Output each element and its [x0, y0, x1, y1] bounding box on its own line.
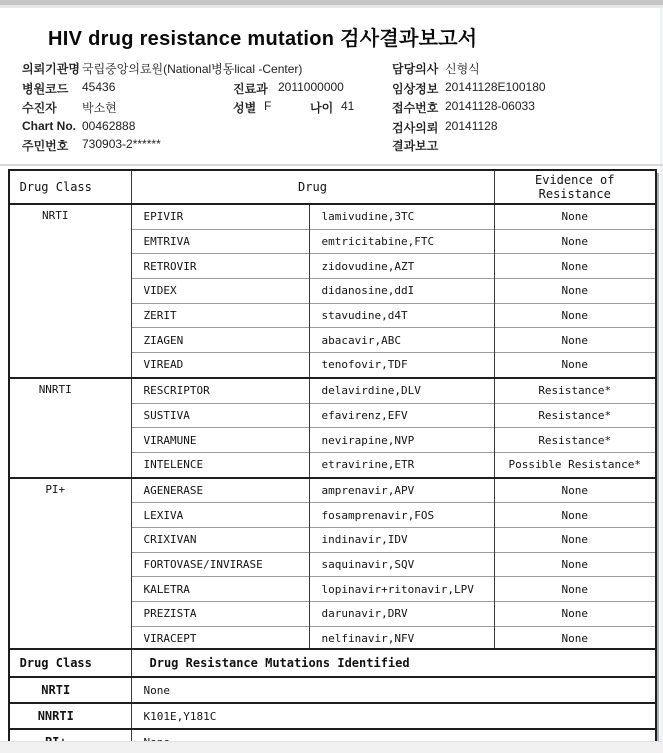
col-header-evidence: Evidence of Resistance [494, 170, 656, 204]
generic-name-cell: fosamprenavir,FOS [309, 503, 494, 528]
table-header-row: Drug Class Drug Evidence of Resistance [9, 170, 656, 204]
info-label: 임상정보 [392, 80, 438, 97]
info-label: 수진자 [22, 99, 57, 116]
generic-name-cell: stavudine,d4T [309, 303, 494, 328]
evidence-cell: Resistance* [494, 403, 656, 428]
evidence-cell: None [494, 527, 656, 552]
col-header-drug-class: Drug Class [9, 649, 131, 677]
evidence-cell: Resistance* [494, 428, 656, 453]
generic-name-cell: nevirapine,NVP [309, 428, 494, 453]
generic-name-cell: indinavir,IDV [309, 527, 494, 552]
evidence-cell: None [494, 478, 656, 503]
drug-class-cell: NRTI [9, 677, 131, 703]
info-value: 730903-2****** [82, 137, 161, 151]
brand-name-cell: AGENERASE [131, 478, 309, 503]
drug-resistance-table: Drug Class Drug Evidence of Resistance N… [8, 169, 657, 702]
evidence-cell: None [494, 254, 656, 279]
col-header-drug: Drug [131, 170, 494, 204]
generic-name-cell: didanosine,ddI [309, 279, 494, 304]
info-value: 국립중앙의료원(National병동lical -Center) [82, 60, 302, 77]
brand-name-cell: VIRAMUNE [131, 428, 309, 453]
brand-name-cell: ZIAGEN [131, 328, 309, 353]
mutations-cell: K101E,Y181C [131, 703, 656, 729]
mutation-row: NRTINone [9, 677, 656, 703]
info-row: 담당의사 신형식 [392, 60, 652, 78]
generic-name-cell: abacavir,ABC [309, 328, 494, 353]
drug-row: NNRTIRESCRIPTORdelavirdine,DLVResistance… [9, 378, 656, 403]
info-row: 주민번호 730903-2****** [22, 137, 222, 155]
info-row: 검사의뢰 20141128 [392, 119, 652, 137]
evidence-cell: None [494, 279, 656, 304]
page-bottom-edge [0, 741, 663, 753]
brand-name-cell: ZERIT [131, 303, 309, 328]
evidence-cell: None [494, 503, 656, 528]
drug-class-cell: NNRTI [9, 703, 131, 729]
evidence-cell: None [494, 577, 656, 602]
brand-name-cell: KALETRA [131, 577, 309, 602]
brand-name-cell: INTELENCE [131, 452, 309, 477]
mutations-cell: None [131, 677, 656, 703]
info-label: 검사의뢰 [392, 119, 438, 136]
info-label: Chart No. [22, 119, 76, 133]
generic-name-cell: delavirdine,DLV [309, 378, 494, 403]
brand-name-cell: EMTRIVA [131, 229, 309, 254]
info-label: 접수번호 [392, 99, 438, 116]
brand-name-cell: SUSTIVA [131, 403, 309, 428]
generic-name-cell: emtricitabine,FTC [309, 229, 494, 254]
info-label: 진료과 [233, 80, 268, 97]
evidence-cell: Possible Resistance* [494, 452, 656, 477]
generic-name-cell: darunavir,DRV [309, 602, 494, 627]
patient-info: 의뢰기관명 국립중앙의료원(National병동lical -Center) 병… [0, 0, 663, 165]
info-value: 2011000000 [278, 80, 344, 94]
drug-row: NRTIEPIVIRlamivudine,3TCNone [9, 204, 656, 229]
generic-name-cell: saquinavir,SQV [309, 552, 494, 577]
generic-name-cell: zidovudine,AZT [309, 254, 494, 279]
drug-resistance-table-body: NRTIEPIVIRlamivudine,3TCNoneEMTRIVAemtri… [9, 204, 656, 701]
info-value: 20141128E100180 [445, 80, 546, 94]
brand-name-cell: VIDEX [131, 279, 309, 304]
info-value: 신형식 [445, 60, 480, 77]
brand-name-cell: EPIVIR [131, 204, 309, 229]
generic-name-cell: lopinavir+ritonavir,LPV [309, 577, 494, 602]
brand-name-cell: RETROVIR [131, 254, 309, 279]
mutation-row: NNRTIK101E,Y181C [9, 703, 656, 729]
brand-name-cell: PREZISTA [131, 602, 309, 627]
evidence-cell: None [494, 602, 656, 627]
drug-class-cell: NNRTI [9, 378, 131, 478]
col-header-mutations: Drug Resistance Mutations Identified [131, 649, 656, 677]
brand-name-cell: CRIXIVAN [131, 527, 309, 552]
info-row: 성별 F 나이 41 [233, 99, 393, 117]
info-label: 나이 [310, 99, 333, 116]
evidence-cell: Resistance* [494, 378, 656, 403]
evidence-cell: None [494, 303, 656, 328]
brand-name-cell: FORTOVASE/INVIRASE [131, 552, 309, 577]
generic-name-cell: tenofovir,TDF [309, 353, 494, 378]
info-label: 성별 [233, 99, 256, 116]
info-label: 주민번호 [22, 137, 68, 154]
info-value: F [264, 99, 271, 113]
evidence-cell: None [494, 204, 656, 229]
evidence-cell: None [494, 229, 656, 254]
info-row: 수진자 박소현 [22, 99, 222, 117]
info-value: 20141128-06033 [445, 99, 535, 113]
info-label: 결과보고 [392, 137, 438, 154]
mutations-table: Drug Class Drug Resistance Mutations Ide… [8, 648, 657, 753]
info-row: 의뢰기관명 국립중앙의료원(National병동lical -Center) [22, 60, 382, 78]
info-label: 담당의사 [392, 60, 438, 77]
info-value: 박소현 [82, 99, 117, 116]
evidence-cell: None [494, 328, 656, 353]
evidence-cell: None [494, 353, 656, 378]
info-row: 진료과 2011000000 [233, 80, 393, 98]
generic-name-cell: lamivudine,3TC [309, 204, 494, 229]
drug-class-cell: NRTI [9, 204, 131, 378]
brand-name-cell: RESCRIPTOR [131, 378, 309, 403]
col-header-drug-class: Drug Class [9, 170, 131, 204]
section-divider [0, 164, 663, 166]
info-label: 병원코드 [22, 80, 68, 97]
info-value: 00462888 [82, 119, 135, 133]
evidence-cell: None [494, 552, 656, 577]
info-label: 의뢰기관명 [22, 60, 80, 77]
info-row: 병원코드 45436 [22, 80, 222, 98]
drug-row: PI+AGENERASEamprenavir,APVNone [9, 478, 656, 503]
info-row: Chart No. 00462888 [22, 119, 222, 137]
brand-name-cell: LEXIVA [131, 503, 309, 528]
info-row: 임상정보 20141128E100180 [392, 80, 652, 98]
generic-name-cell: amprenavir,APV [309, 478, 494, 503]
info-value: 45436 [82, 80, 115, 94]
generic-name-cell: efavirenz,EFV [309, 403, 494, 428]
generic-name-cell: etravirine,ETR [309, 452, 494, 477]
info-row: 접수번호 20141128-06033 [392, 99, 652, 117]
info-value: 41 [341, 99, 354, 113]
table-header-row: Drug Class Drug Resistance Mutations Ide… [9, 649, 656, 677]
info-value: 20141128 [445, 119, 498, 133]
info-row: 결과보고 [392, 137, 652, 155]
brand-name-cell: VIREAD [131, 353, 309, 378]
